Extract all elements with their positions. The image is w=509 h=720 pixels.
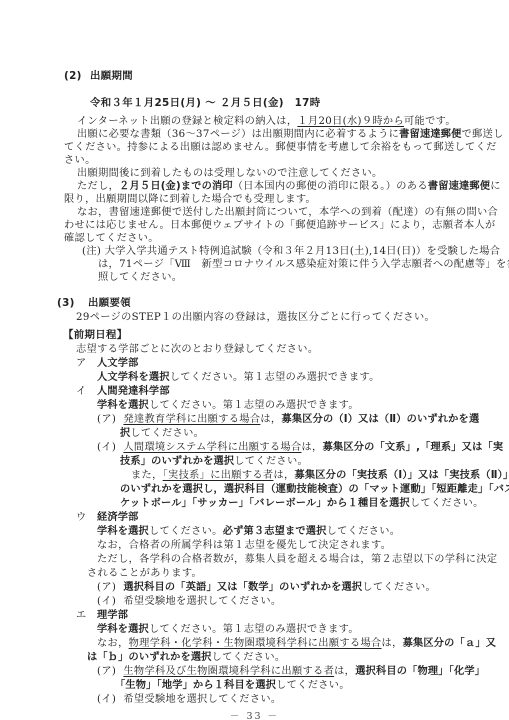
note-line3: 照してください。 (98, 271, 182, 284)
section-2-heading: 出願期間 (90, 70, 133, 83)
paragraph-documents-line2: てください。持参による出願は認めません。郵便事情を考慮して余裕をもって郵送してく… (64, 141, 497, 154)
schedule-label: 【前期日程】 (63, 329, 127, 342)
faculty-science-line1: 学科を選択してください。第１志望のみ選択できます。 (97, 623, 359, 636)
note-line1: (注) 大学入学共通テスト特例追試験（令和３年２月13日(土),14日(日)）を… (82, 245, 500, 258)
faculty-u-sub-i: (イ) 希望受験地を選択してください。 (97, 595, 281, 608)
faculty-e-sub-a-line2: 「生物」「地学」から１科目を選択してください。 (115, 679, 350, 692)
page-number: － 33 － (0, 708, 509, 720)
application-period: 令和３年１月25日(月) 〜 ２月５日(金) 17時 (90, 97, 321, 110)
faculty-economics-line1: 学科を選択してください。必ず第３志望まで選択してください。 (97, 525, 400, 538)
section-3-heading: 出願要領 (88, 297, 131, 310)
faculty-u-sub-a: (ア) 選択科目の「英語」又は「数学」のいずれかを選択してください。 (97, 581, 436, 594)
faculty-i-sub-i-line3: また，「実技系」に出願する者は，募集区分の「実技系（Ⅰ）」又は「実技系（Ⅱ）」 (131, 469, 509, 482)
faculty-economics-line3: ただし，各学科の合格者数が，募集人員を超える場合は，第２志望以下の学科に決定 (97, 553, 497, 566)
faculty-i-sub-i-line1: (イ) 人間環境システム学科に出願する場合は，募集区分の「文系」,「理系」又は「… (97, 441, 503, 454)
section-3-intro: 29ページのSTEP１の出願内容の登録は，選抜区分ごとに行ってください。 (76, 311, 435, 324)
faculty-science-line2: なお，物理学科・化学科・生物圏環境科学科に出願する場合は，募集区分の「ａ」又 (97, 637, 496, 650)
faculty-science: 理学部 (97, 609, 128, 622)
faculty-science-line3: は「ｂ」のいずれかを選択してください。 (87, 651, 285, 664)
faculty-economics-line2: なお，合格者の所属学科は第１志望を優先して決定されます。 (97, 539, 391, 552)
faculty-i-marker: イ (76, 385, 87, 398)
paragraph-documents-line3: さい。 (64, 154, 96, 167)
paragraph-tracking-line3: 確認してください。 (64, 232, 159, 245)
faculty-i-sub-a-line1: (ア) 発達教育学科に出願する場合は，募集区分の（Ⅰ）又は（Ⅱ）のいずれかを選 (97, 413, 479, 426)
faculty-e-sub-a-line1: (ア) 生物学科及び生物圏環境科学科に出願する者は，選択科目の「物理」「化学」 (97, 665, 485, 678)
online-start-date: １月20日(水)９時から (297, 116, 404, 127)
faculty-e-sub-i: (イ) 希望受験地を選択してください。 (97, 693, 281, 706)
faculty-i-sub-i-line2: 技系」のいずれかを選択してください。 (120, 455, 308, 468)
section-3-number: (3) (57, 297, 75, 310)
schedule-intro: 志望する学部ごとに次のとおり登録してください。 (76, 343, 318, 356)
faculty-u-marker: ウ (76, 511, 87, 524)
paragraph-tracking-line2: わせには応じません。日本郵便ウェブサイトの「郵便追跡サービス」により，志願者本人… (64, 219, 496, 232)
faculty-humanities: 人文学部 (97, 357, 139, 370)
paragraph-online-registration: インターネット出願の登録と検定料の納入は，１月20日(水)９時から可能です。 (77, 115, 456, 128)
paragraph-documents-line1: 出願に必要な書類（36〜37ページ）は出願期間内に必着するように書留速達郵便で郵… (77, 128, 504, 141)
faculty-human-development-line1: 学科を選択してください。第１志望のみ選択できます。 (97, 399, 359, 412)
faculty-i-sub-a-line2: 択してください。 (120, 427, 204, 440)
paragraph-tracking-line1: なお，書留速達郵便で送付した出願封筒について，本学への到着（配達）の有無の問い合 (77, 206, 498, 219)
faculty-e-marker: エ (76, 609, 87, 622)
faculty-humanities-line1: 人文学科を選択してください。第１志望のみ選択できます。 (97, 371, 380, 384)
paragraph-postmark-line2: 限り，出願期間以降に到着した場合でも受理します。 (64, 193, 316, 206)
faculty-a-marker: ア (76, 357, 87, 370)
faculty-economics-line4: されることがあります。 (87, 567, 202, 580)
note-line2: は，71ページ「Ⅷ 新型コロナウイルス感染症対策に伴う入学志願者への配慮等」を参 (98, 258, 509, 271)
faculty-i-sub-i-line5: ケットボール」「サッカー」「バレーボール」から１種目を選択してください。 (120, 497, 484, 510)
faculty-human-development: 人間発達科学部 (97, 385, 170, 398)
faculty-economics: 経済学部 (97, 511, 139, 524)
section-2-number: (2) (64, 70, 82, 83)
paragraph-late-arrival: 出願期間後に到着したものは受理しないので注意してください。 (77, 167, 383, 180)
paragraph-postmark-line1: ただし，２月５日(金)までの消印（日本国内の郵便の消印に限る。）のある書留速達郵… (77, 180, 501, 193)
faculty-i-sub-i-line4: のいずれかを選択し，選択科目（運動技能検査）の「マット運動」「短距離走」「バス (120, 483, 509, 496)
